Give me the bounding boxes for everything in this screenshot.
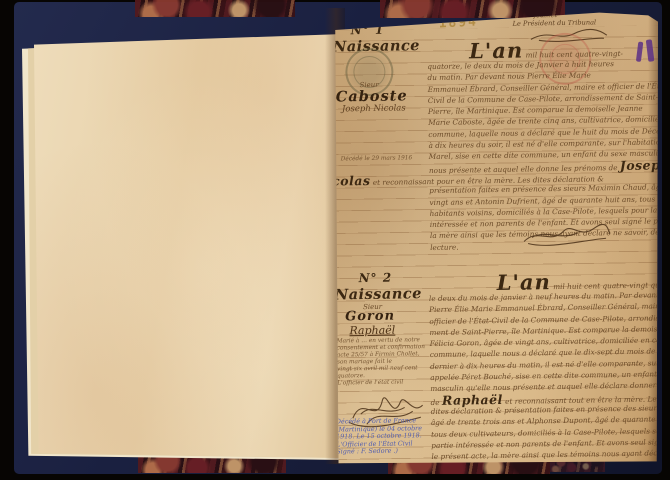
act2-body: L'an mil huit cent quatre-vingt quatorze… xyxy=(429,267,658,462)
marriage-note-line: L'officier de l'état civil xyxy=(337,379,425,387)
marbled-paper-top-left xyxy=(135,0,295,17)
officer-signature-act1 xyxy=(520,218,612,249)
blank-left-page xyxy=(34,34,344,458)
act2-marriage-note: Marié à … en vertu de notreconsentement … xyxy=(337,337,426,387)
act2-lines: le deux du mois de janvier à neuf heures… xyxy=(429,289,658,462)
act1-death-note: Décédé le 29 mars 1916 xyxy=(341,155,412,163)
act2-line: le présent acte, la mère ainsi que les t… xyxy=(431,448,657,463)
act2-given-names: Raphaël xyxy=(349,324,395,338)
act2-death-note: Décédé à Fort de France(Martinique) le 0… xyxy=(336,417,423,456)
marbled-paper-top-right xyxy=(380,0,565,18)
act2-surname: Goron xyxy=(345,309,395,325)
act2-type: Naissance xyxy=(335,285,422,303)
act2-number: N° 2 xyxy=(359,271,393,286)
register-right-page: Premier feuillet Le Président du Tribuna… xyxy=(332,8,658,466)
act1-opening-line: L'an mil huit cent quatre-vingt- xyxy=(427,35,653,61)
act1-given-names: Joseph Nicolas xyxy=(342,103,406,114)
death-note-line: Signé : F. Sedore .) xyxy=(336,448,422,457)
register-scan: Premier feuillet Le Président du Tribuna… xyxy=(0,0,670,480)
